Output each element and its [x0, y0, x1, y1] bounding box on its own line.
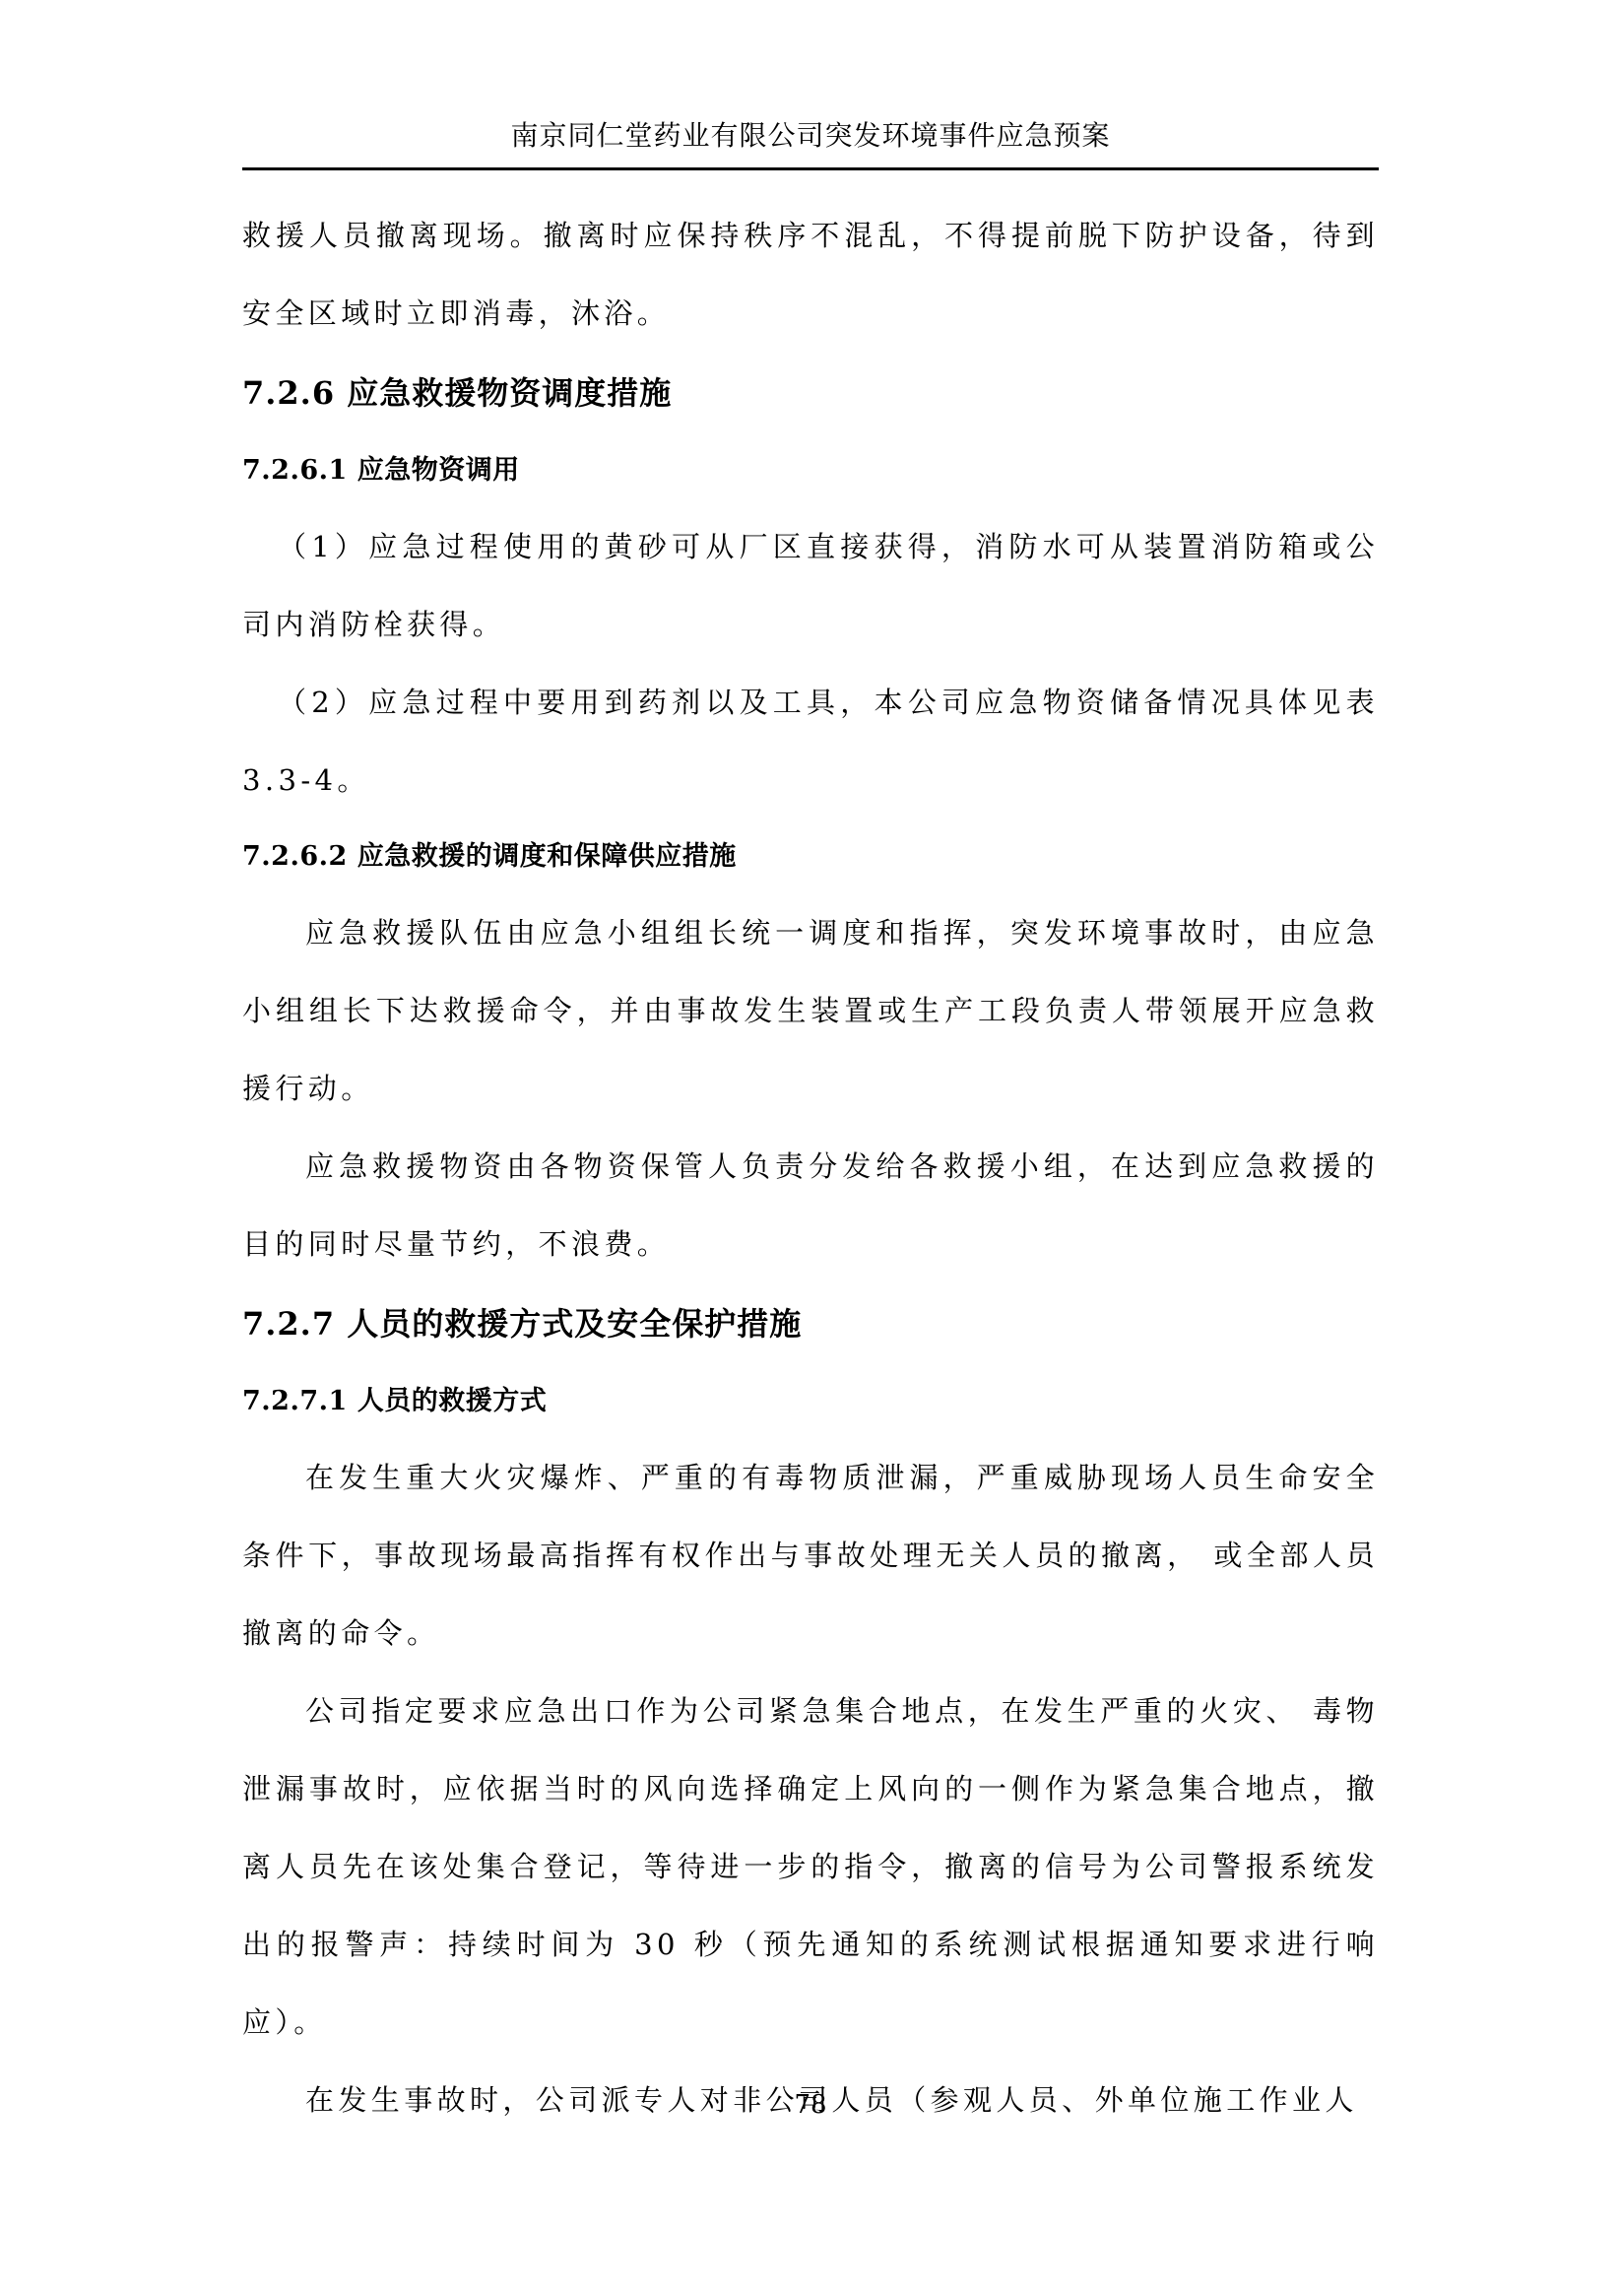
heading-7-2-6: 7.2.6 应急救援物资调度措施 [242, 353, 1379, 433]
paragraph-item-1: （1）应急过程使用的黄砂可从厂区直接获得，消防水可从装置消防箱或公司内消防栓获得… [242, 508, 1379, 664]
heading-7-2-6-2: 7.2.6.2 应急救援的调度和保障供应措施 [242, 820, 1379, 894]
page-number: 78 [0, 2090, 1621, 2120]
paragraph-item-2: （2）应急过程中要用到药剂以及工具，本公司应急物资储备情况具体见表 3.3-4。 [242, 664, 1379, 820]
page-header-title: 南京同仁堂药业有限公司突发环境事件应急预案 [242, 116, 1379, 156]
paragraph-evacuation-order: 在发生重大火灾爆炸、严重的有毒物质泄漏，严重威胁现场人员生命安全条件下，事故现场… [242, 1439, 1379, 1673]
heading-7-2-7: 7.2.7 人员的救援方式及安全保护措施 [242, 1283, 1379, 1364]
paragraph-assembly-point: 公司指定要求应急出口作为公司紧急集合地点，在发生严重的火灾、 毒物泄漏事故时，应… [242, 1673, 1379, 2062]
paragraph-dispatch-command: 应急救援队伍由应急小组组长统一调度和指挥，突发环境事故时，由应急小组组长下达救援… [242, 894, 1379, 1128]
paragraph-evacuation-continued: 救援人员撤离现场。撤离时应保持秩序不混乱，不得提前脱下防护设备，待到安全区域时立… [242, 197, 1379, 353]
document-body: 救援人员撤离现场。撤离时应保持秩序不混乱，不得提前脱下防护设备，待到安全区域时立… [242, 197, 1379, 2139]
header-divider [242, 167, 1379, 170]
heading-7-2-6-1: 7.2.6.1 应急物资调用 [242, 433, 1379, 508]
heading-7-2-7-1: 7.2.7.1 人员的救援方式 [242, 1364, 1379, 1439]
paragraph-supplies-distribution: 应急救援物资由各物资保管人负责分发给各救援小组，在达到应急救援的目的同时尽量节约… [242, 1128, 1379, 1283]
